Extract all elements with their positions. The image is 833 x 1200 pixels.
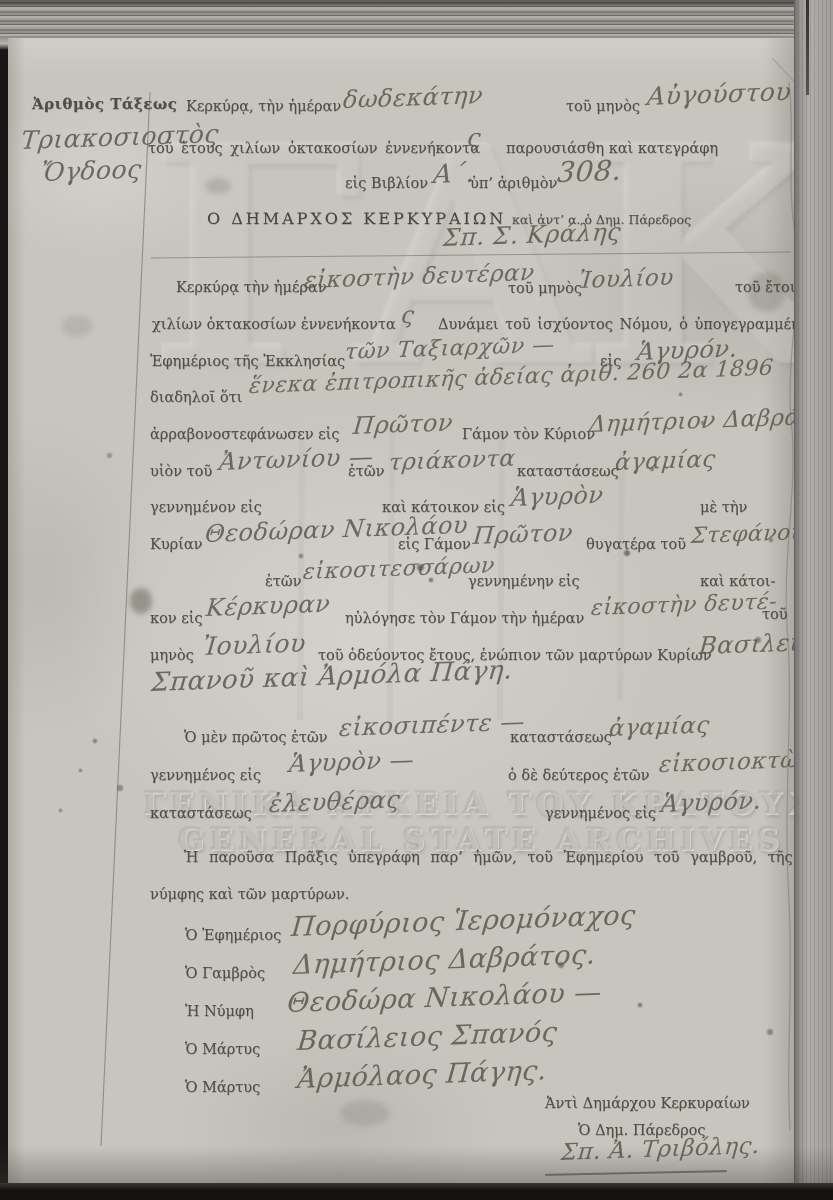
blessed-marriage-print: ηὐλόγησε τὸν Γάμον τὴν ἡμέραν [345,611,584,627]
of-the-label: τοῦ [762,607,788,623]
signature-label-priest: Ὁ Ἐφημέριος [185,928,281,944]
registration-year-print: τοῦ ἔτους χιλίων ὀκτακοσίων ἐννενήκοντα [148,141,480,157]
stain-spot [92,738,98,744]
signature-label-witness2: Ὁ Μάρτυς [185,1080,260,1096]
declares-label: διαδηλοῖ ὅτι [150,390,242,406]
second-party-status-handwritten: ἐλευθέρας [268,785,402,818]
entry-number-label: ὑπ’ ἀριθμὸν [470,176,557,192]
binding-crack [806,0,809,95]
stain-spot [340,1100,390,1126]
bride-residence-handwritten: Κέρκυραν [205,590,332,622]
second-party-age-handwritten: εἰκοσιοκτὼ [658,747,801,778]
groom-residence-handwritten: Ἁγυρὸν [510,481,605,512]
groom-status-handwritten: ἀγαμίας [614,446,717,476]
order-number-handwritten-2: Ὄγδοος [40,154,143,187]
registration-day-handwritten: δωδεκάτην [342,81,484,114]
entry-number-handwritten: 308. [556,154,623,189]
registration-month-label: τοῦ μηνὸς [566,99,640,115]
marriage-order-handwritten: Πρῶτον [352,408,454,440]
second-party-status-label: καταστάσεως [150,806,252,822]
signature-label-groom: Ὁ Γαμβρὸς [185,966,265,982]
stain-spot [205,178,231,194]
deputy-for-mayor-line1: Ἀντὶ Δημάρχου Κερκυραίων [545,1096,750,1112]
betrothal-print: ἀρραβονοστεφάνωσεν εἰς [150,427,339,443]
stain-spot [678,392,683,397]
stain-spot [298,553,304,559]
order-number-label: Ἀριθμὸς Τάξεως [32,95,177,113]
bride-marriage-label: εἰς Γάμον [398,537,471,553]
bride-father-handwritten: Στεφάνου [690,520,806,549]
with-the-label: μὲ τὴν [700,500,747,516]
registration-month-handwritten: Αὐγούστου [646,77,793,111]
registration-year-handwritten: ς [466,123,482,152]
scanned-marriage-register-page: ΓΑΚ ΓΕΝΙΚΑ ΑΡΧΕΙΑ ΤΟΥ ΚΡΑΤΟΥΣ GENERAL ST… [0,0,833,1200]
stain-spot [116,784,124,792]
act-year-handwritten: ς [400,302,416,329]
bride-resident-label-part2: κον εἰς [150,611,203,627]
first-party-born-label: γεννημένος εἰς [150,768,261,784]
son-of-label: υἱὸν τοῦ [150,464,212,480]
act-month-handwritten: Ἰουλίου [578,265,675,294]
book-page-edges-right [794,0,833,1200]
scan-background-bottom [0,1183,833,1200]
groom-status-label: καταστάσεως [517,464,619,480]
second-party-birthplace-handwritten: Ἁγυρόν. [660,786,763,818]
act-law-print: Δυνάμει τοῦ ἰσχύοντος Νόμου, ὁ ὑπογεγραμ… [438,317,817,333]
closing-statement-line2: νύμφης καὶ τῶν μαρτύρων. [150,887,349,903]
stain-spot [766,1028,774,1036]
wedding-month-handwritten: Ἰουλίου [202,628,307,661]
page-bottom-shadow [0,1146,833,1186]
stain-spot [62,315,92,337]
first-party-status-handwritten: ἀγαμίας [608,712,711,742]
act-month-label: τοῦ μηνὸς [508,281,582,297]
bride-age-label: ἐτῶν [265,574,301,590]
registration-place-date: Κερκύρᾳ, τὴν ἡμέραν [186,99,341,115]
daughter-of-label: θυγατέρα τοῦ [586,537,686,553]
wedding-month-label: μηνὸς [150,648,194,664]
stain-spot [637,1002,643,1008]
signature-label-witness1: Ὁ Μάρτυς [185,1042,260,1058]
signature-label-bride: Ἡ Νύμφη [185,1004,254,1020]
stain-spot [58,808,63,813]
groom-age-handwritten: τριάκοντα [388,445,517,476]
closing-statement-line1: Ἡ παροῦσα Πρᾶξις ὑπεγράφη παρ’ ἡμῶν, τοῦ… [184,850,793,866]
stain-spot [106,452,113,459]
priest-church-label: Ἐφημέριος τῆς Ἐκκλησίας [150,354,345,370]
groom-born-label: γεννημένον εἰς [150,500,262,516]
bride-intro-label: Κυρίαν [150,537,202,553]
first-party-birthplace-handwritten: Ἁγυρὸν — [288,746,415,778]
second-party-age-label: ὁ δὲ δεύτερος ἐτῶν [508,768,649,784]
stain-spot [78,768,83,773]
bride-born-label: γεννημένην εἰς [468,574,580,590]
act-year-print: χιλίων ὀκτακοσίων ἐννενήκοντα [152,317,396,333]
first-party-age-label: Ὁ μὲν πρῶτος ἐτῶν [184,730,328,746]
bride-resident-label-part1: καὶ κάτοι- [700,574,775,590]
bride-marriage-order-handwritten: Πρῶτον [472,518,574,550]
groom-intro-print: Γάμον τὸν Κύριον [462,427,595,443]
groom-age-label: ἐτῶν [348,464,384,480]
stain-spot [130,588,152,614]
book-label: εἰς Βιβλίον [345,176,428,192]
second-party-born-label: γεννημένος εἰς [545,806,656,822]
first-party-status-label: καταστάσεως [510,730,612,746]
